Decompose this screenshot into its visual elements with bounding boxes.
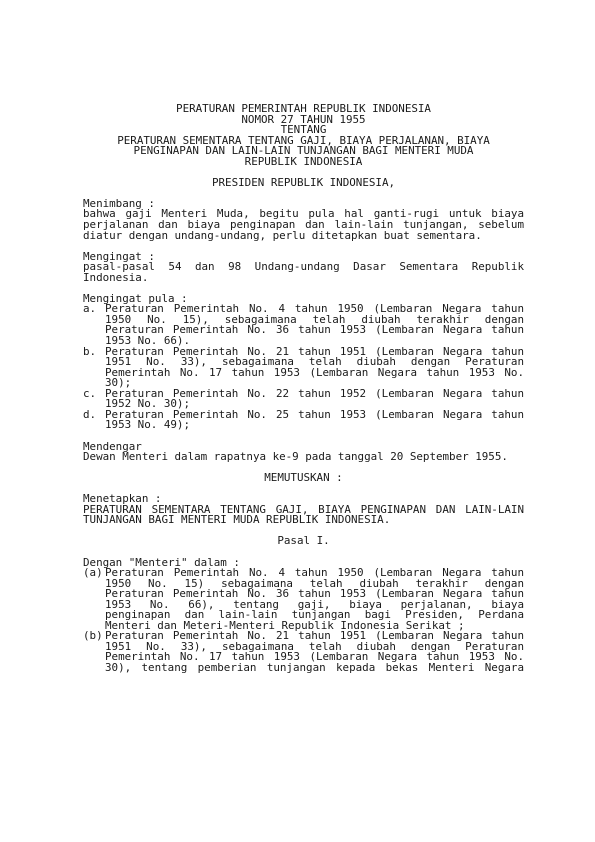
list-item: b. Peraturan Pemerintah No. 21 tahun 195…	[83, 347, 524, 389]
list-item: a. Peraturan Pemerintah No. 4 tahun 1950…	[83, 304, 524, 346]
text-line: 1953 No. 49);	[105, 420, 524, 431]
list-marker: (a)	[83, 568, 105, 631]
document-header: PERATURAN PEMERINTAH REPUBLIK INDONESIA …	[83, 104, 524, 167]
section-menimbang: Menimbang : bahwa gaji Menteri Muda, beg…	[83, 199, 524, 241]
list-marker: a.	[83, 304, 105, 346]
text-line: 30), tentang pemberian tunjangan kepada …	[105, 663, 524, 674]
section-menetapkan: Menetapkan : PERATURAN SEMENTARA TENTANG…	[83, 494, 524, 526]
list-marker: (b)	[83, 631, 105, 673]
list-item: (a) Peraturan Pemerintah No. 4 tahun 195…	[83, 568, 524, 631]
president-heading: PRESIDEN REPUBLIK INDONESIA,	[83, 178, 524, 189]
text-line: pasal-pasal 54 dan 98 Undang-undang Dasa…	[83, 262, 524, 273]
text-line: diatur dengan undang-undang, perlu ditet…	[83, 231, 524, 242]
text-line: Indonesia.	[83, 273, 524, 284]
list-item: (b) Peraturan Pemerintah No. 21 tahun 19…	[83, 631, 524, 673]
text-line: Pemerintah No. 17 tahun 1953 (Lembaran N…	[105, 368, 524, 379]
text-line: TUNJANGAN BAGI MENTERI MUDA REPUBLIK IND…	[83, 515, 524, 526]
list-marker: d.	[83, 410, 105, 431]
text-line: Dewan Menteri dalam rapatnya ke-9 pada t…	[83, 452, 524, 463]
list-marker: b.	[83, 347, 105, 389]
list-marker: c.	[83, 389, 105, 410]
list-item: c. Peraturan Pemerintah No. 22 tahun 195…	[83, 389, 524, 410]
section-mendengar: Mendengar Dewan Menteri dalam rapatnya k…	[83, 442, 524, 463]
list-item: d. Peraturan Pemerintah No. 25 tahun 195…	[83, 410, 524, 431]
pasal-title: Pasal I.	[83, 536, 524, 547]
section-mengingat: Mengingat : pasal-pasal 54 dan 98 Undang…	[83, 252, 524, 284]
section-mengingat-pula: Mengingat pula : a. Peraturan Pemerintah…	[83, 294, 524, 431]
memutuskan-heading: MEMUTUSKAN :	[83, 473, 524, 484]
section-pasal-1: Dengan "Menteri" dalam : (a) Peraturan P…	[83, 558, 524, 674]
header-line: REPUBLIK INDONESIA	[83, 157, 524, 168]
document-page: PERATURAN PEMERINTAH REPUBLIK INDONESIA …	[83, 104, 524, 674]
